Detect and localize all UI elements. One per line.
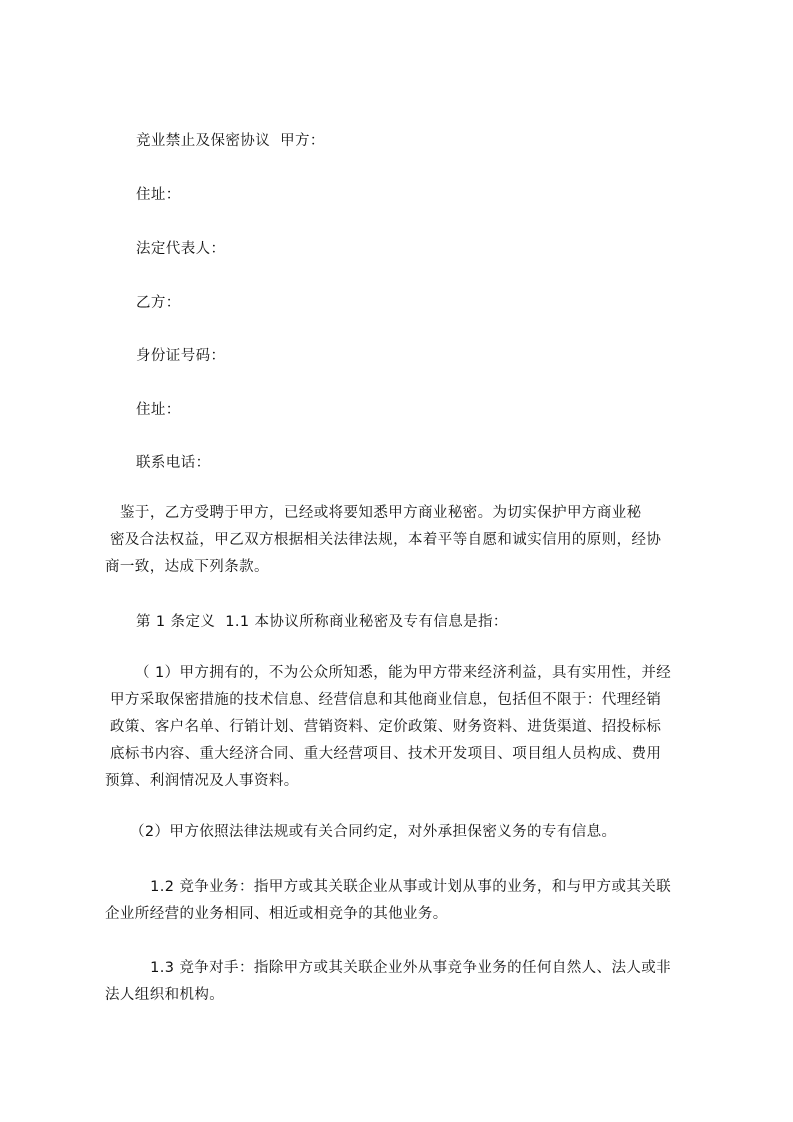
preamble-line: 商一致，达成下列条款。: [105, 554, 705, 581]
article-1-heading: 第 1 条定义 1.1 本协议所称商业秘密及专有信息是指：: [136, 612, 508, 632]
clause-line: 法人组织和机构。: [105, 982, 705, 1009]
agreement-title-party-a: 竞业禁止及保密协议 甲方：: [136, 131, 325, 151]
clause-line: 政策、客户名单、行销计划、营销资料、定价政策、财务资料、进货渠道、招投标标: [105, 714, 705, 741]
preamble-paragraph: 鉴于，乙方受聘于甲方，已经或将要知悉甲方商业秘密。为切实保护甲方商业秘 密及合法…: [105, 500, 705, 581]
party-a-address-label: 住址：: [136, 185, 181, 205]
party-b-address-label: 住址：: [136, 400, 181, 420]
preamble-line: 密及合法权益，甲乙双方根据相关法律法规，本着平等自愿和诚实信用的原则，经协: [105, 527, 705, 554]
clause-1-3-paragraph: 1.3 竞争对手：指除甲方或其关联企业外从事竞争业务的任何自然人、法人或非 法人…: [105, 955, 705, 1009]
legal-representative-label: 法定代表人：: [136, 239, 225, 259]
party-b-label: 乙方：: [136, 293, 181, 313]
clause-line: 甲方采取保密措施的技术信息、经营信息和其他商业信息，包括但不限于：代理经销: [105, 687, 705, 714]
clause-line: 预算、利润情况及人事资料。: [105, 768, 705, 795]
preamble-line: 鉴于，乙方受聘于甲方，已经或将要知悉甲方商业秘密。为切实保护甲方商业秘: [105, 500, 705, 527]
clause-1-1-2: （2）甲方依照法律法规或有关合同约定，对外承担保密义务的专有信息。: [130, 822, 616, 842]
clause-line: 1.3 竞争对手：指除甲方或其关联企业外从事竞争业务的任何自然人、法人或非: [105, 955, 705, 982]
clause-line: （ 1）甲方拥有的，不为公众所知悉，能为甲方带来经济利益，具有实用性，并经: [105, 660, 705, 687]
clause-line: 企业所经营的业务相同、相近或相竞争的其他业务。: [105, 901, 705, 928]
clause-line: 底标书内容、重大经济合同、重大经营项目、技术开发项目、项目组人员构成、费用: [105, 741, 705, 768]
clause-line: 1.2 竞争业务：指甲方或其关联企业从事或计划从事的业务，和与甲方或其关联: [105, 874, 705, 901]
phone-label: 联系电话：: [136, 453, 211, 473]
id-number-label: 身份证号码：: [136, 346, 225, 366]
clause-1-1-1-paragraph: （ 1）甲方拥有的，不为公众所知悉，能为甲方带来经济利益，具有实用性，并经 甲方…: [105, 660, 705, 795]
clause-1-2-paragraph: 1.2 竞争业务：指甲方或其关联企业从事或计划从事的业务，和与甲方或其关联 企业…: [105, 874, 705, 928]
